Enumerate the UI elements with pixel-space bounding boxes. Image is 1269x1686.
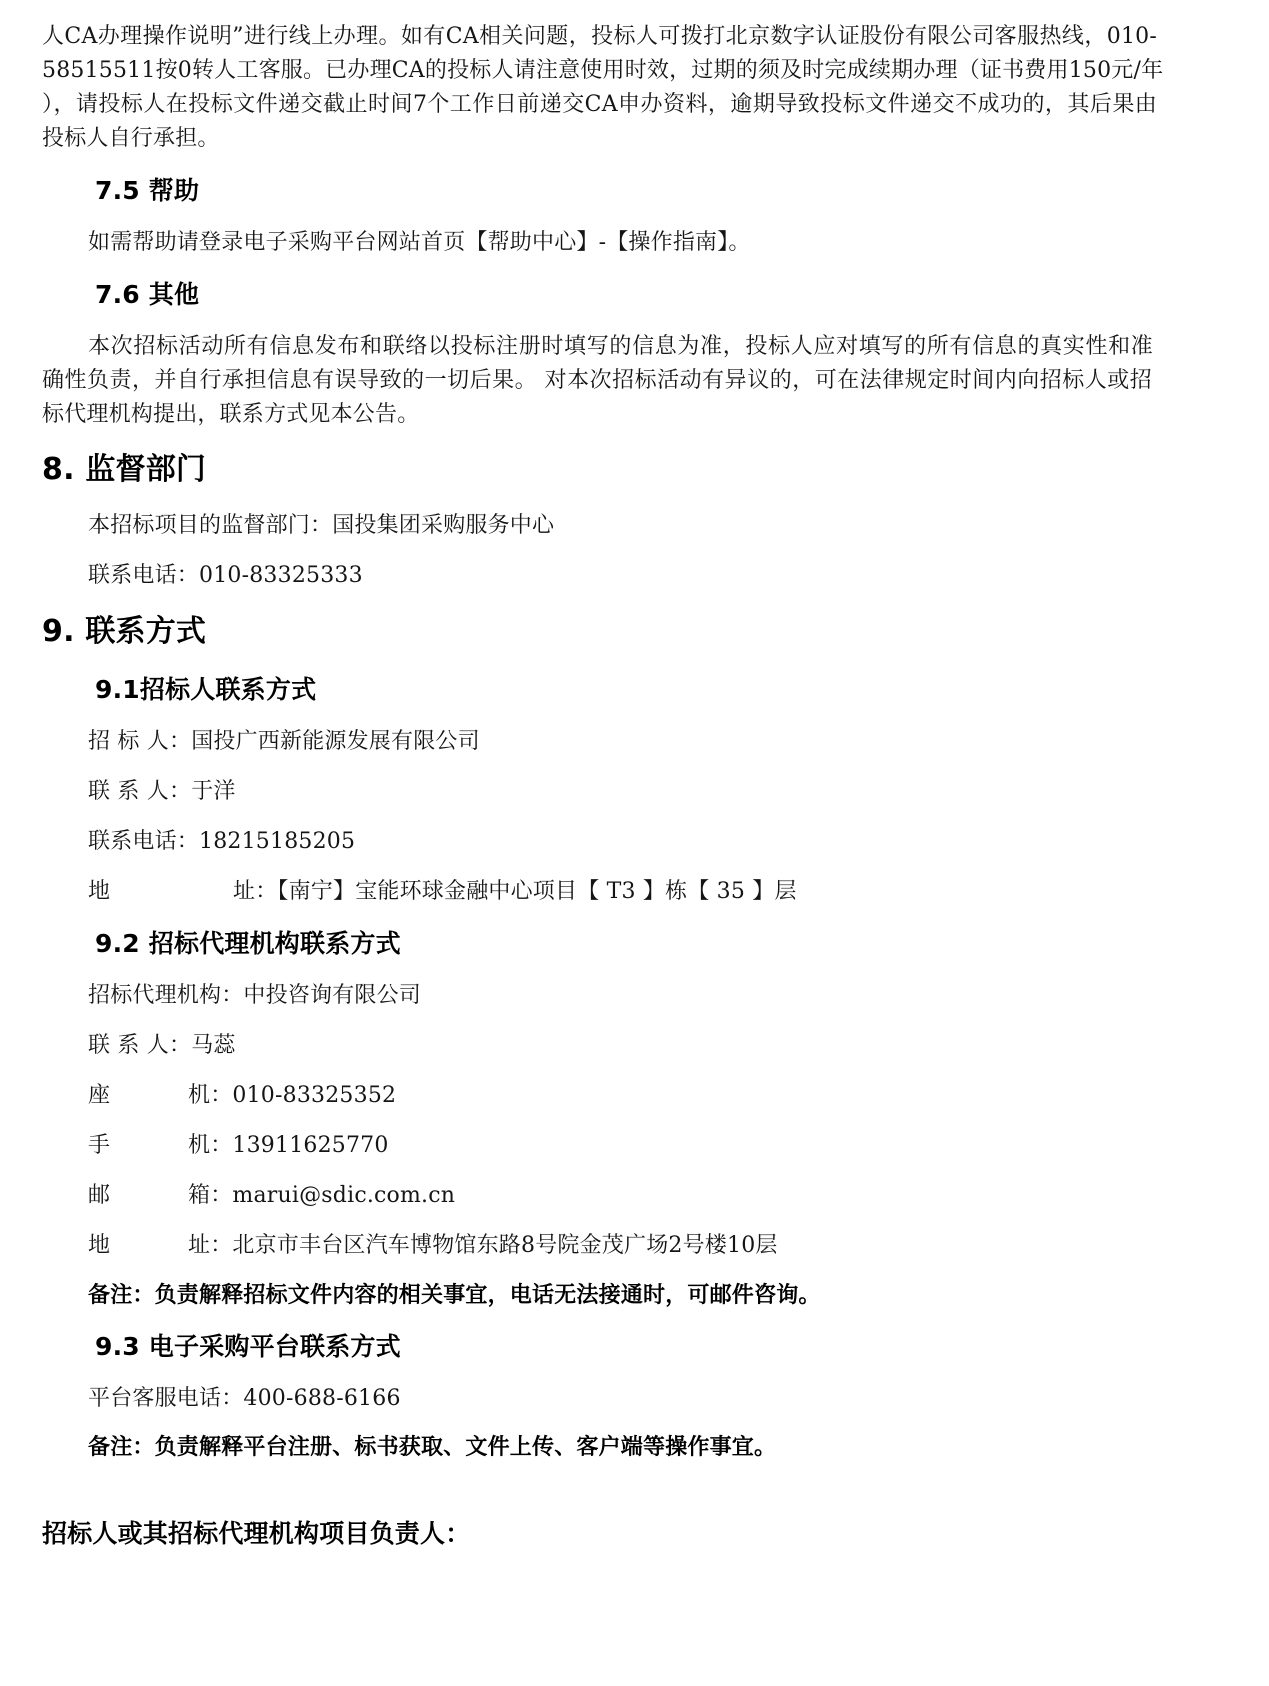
agency-email-label-right: 箱： [188,1183,232,1208]
platform-phone-value: 400-688-6166 [243,1386,400,1411]
tenderer-name-value: 国投广西新能源发展有限公司 [191,729,480,754]
section-9-1-heading: 9.1招标人联系方式 [95,673,316,707]
supervisor-label: 本招标项目的监督部门： [88,513,332,538]
platform-phone-label: 平台客服电话： [88,1386,243,1411]
section-7-5-heading: 7.5 帮助 [95,174,199,208]
agency-email-value[interactable]: marui@sdic.com.cn [232,1183,455,1208]
platform-note: 备注：负责解释平台注册、标书获取、文件上传、客户端等操作事宜。 [88,1433,776,1463]
tenderer-contact-row: 联 系 人：于洋 [88,777,236,807]
agency-landline-value: 010-83325352 [232,1083,396,1108]
section-9-heading: 9. 联系方式 [42,612,206,652]
intro-line-3: ），请投标人在投标文件递交截止时间7个工作日前递交CA申办资料，逾期导致投标文件… [42,90,1157,120]
supervisor-phone-label: 联系电话： [88,563,199,588]
tenderer-phone-row: 联系电话：18215185205 [88,827,355,857]
tenderer-phone-label: 联系电话： [88,829,199,854]
tenderer-address-label-right: 址： [233,879,277,904]
agency-address-label-left: 地 [88,1231,188,1261]
agency-contact-value: 马蕊 [191,1033,235,1058]
supervisor-phone-value: 010-83325333 [199,563,363,588]
agency-mobile-label-right: 机： [188,1133,232,1158]
intro-line-4: 投标人自行承担。 [42,124,220,154]
supervisor-row: 本招标项目的监督部门：国投集团采购服务中心 [88,511,554,541]
supervisor-phone-row: 联系电话：010-83325333 [88,561,363,591]
section-7-6-heading: 7.6 其他 [95,278,199,312]
agency-address-label-right: 址： [188,1233,232,1258]
tenderer-address-value: 【南宁】宝能环球金融中心项目【 T3 】栋【 35 】层 [277,879,796,904]
agency-contact-row: 联 系 人：马蕊 [88,1031,236,1061]
tenderer-contact-value: 于洋 [191,779,235,804]
platform-phone-row: 平台客服电话：400-688-6166 [88,1384,401,1414]
agency-mobile-value: 13911625770 [232,1133,388,1158]
section-7-5-text: 如需帮助请登录电子采购平台网站首页【帮助中心】-【操作指南】。 [88,228,751,258]
agency-name-row: 招标代理机构：中投咨询有限公司 [88,981,421,1011]
section-7-6-line-1: 本次招标活动所有信息发布和联络以投标注册时填写的信息为准，投标人应对填写的所有信… [88,332,1153,362]
intro-line-1: 人CA办理操作说明”进行线上办理。如有CA相关问题，投标人可拨打北京数字认证股份… [42,22,1157,52]
intro-line-2: 58515511按0转人工客服。已办理CA的投标人请注意使用时效，过期的须及时完… [42,56,1132,86]
signature-label: 招标人或其招标代理机构项目负责人： [42,1517,470,1551]
agency-mobile-row: 手机：13911625770 [88,1131,389,1161]
agency-address-value: 北京市丰台区汽车博物馆东路8号院金茂广场2号楼10层 [232,1233,777,1258]
tenderer-contact-label: 联 系 人： [88,779,191,804]
agency-address-row: 地址：北京市丰台区汽车博物馆东路8号院金茂广场2号楼10层 [88,1231,778,1261]
supervisor-value: 国投集团采购服务中心 [332,513,554,538]
agency-email-row: 邮箱：marui@sdic.com.cn [88,1181,455,1211]
agency-landline-label-right: 机： [188,1083,232,1108]
section-9-2-heading: 9.2 招标代理机构联系方式 [95,927,401,961]
tenderer-address-label-left: 地 [88,877,233,907]
agency-email-label-left: 邮 [88,1181,188,1211]
agency-mobile-label-left: 手 [88,1131,188,1161]
document-page: 人CA办理操作说明”进行线上办理。如有CA相关问题，投标人可拨打北京数字认证股份… [0,0,1269,1686]
section-8-heading: 8. 监督部门 [42,450,206,490]
section-9-3-heading: 9.3 电子采购平台联系方式 [95,1330,401,1364]
agency-landline-row: 座机：010-83325352 [88,1081,396,1111]
tenderer-name-label: 招 标 人： [88,729,191,754]
agency-landline-label-left: 座 [88,1081,188,1111]
section-7-6-line-2: 确性负责，并自行承担信息有误导致的一切后果。 对本次招标活动有异议的，可在法律规… [42,366,1152,396]
agency-name-value: 中投咨询有限公司 [243,983,421,1008]
agency-name-label: 招标代理机构： [88,983,243,1008]
tenderer-phone-value: 18215185205 [199,829,355,854]
agency-contact-label: 联 系 人： [88,1033,191,1058]
tenderer-address-row: 地址：【南宁】宝能环球金融中心项目【 T3 】栋【 35 】层 [88,877,797,907]
tenderer-name-row: 招 标 人：国投广西新能源发展有限公司 [88,727,480,757]
agency-note: 备注：负责解释招标文件内容的相关事宜，电话无法接通时，可邮件咨询。 [88,1281,821,1311]
section-7-6-line-3: 标代理机构提出，联系方式见本公告。 [42,400,419,430]
